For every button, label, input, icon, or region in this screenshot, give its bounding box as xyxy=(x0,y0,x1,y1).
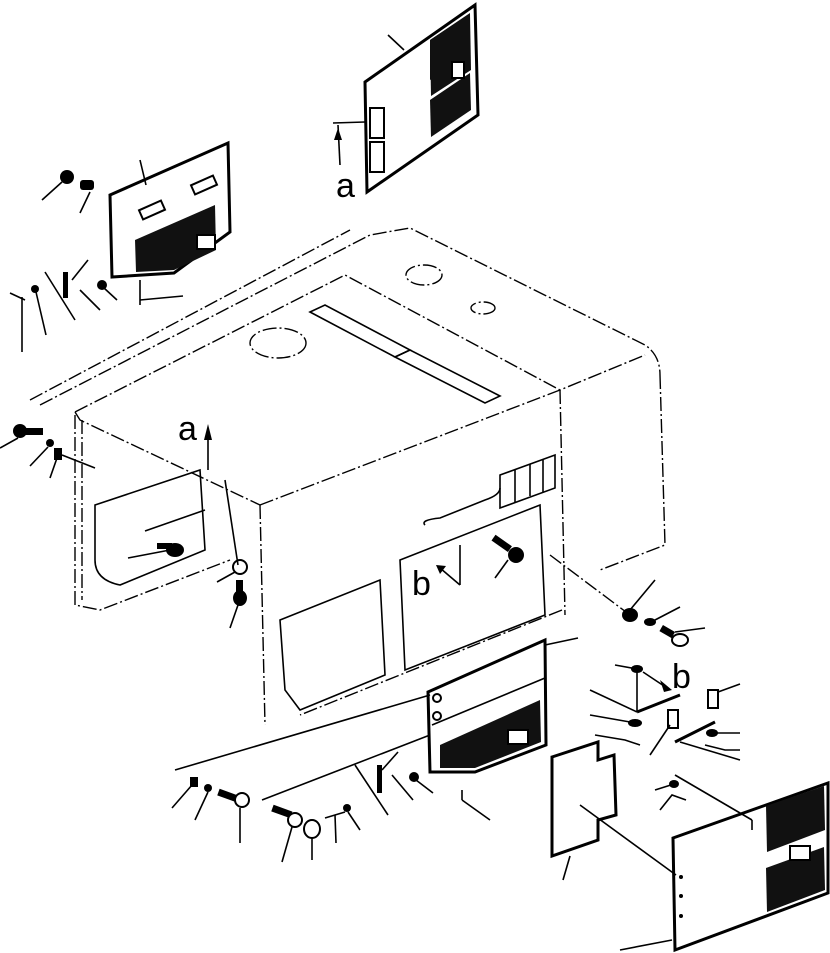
parts-diagram: a xyxy=(0,0,830,953)
lower-right-panel xyxy=(620,775,828,950)
lower-center-panel xyxy=(172,638,578,862)
top-rear-panel xyxy=(333,5,478,192)
ref-label-b-center: b xyxy=(412,565,431,603)
right-fasteners xyxy=(550,555,740,760)
ref-label-a-left: a xyxy=(178,410,197,448)
upper-left-panel xyxy=(10,143,230,352)
hood-body xyxy=(30,228,665,725)
ref-label-b-right: b xyxy=(672,658,691,696)
left-fasteners xyxy=(0,424,247,628)
ref-label-a-top: a xyxy=(336,167,355,205)
diagram-svg: a xyxy=(0,0,830,953)
center-fasteners xyxy=(436,535,524,585)
insulation-sheet xyxy=(552,742,676,880)
